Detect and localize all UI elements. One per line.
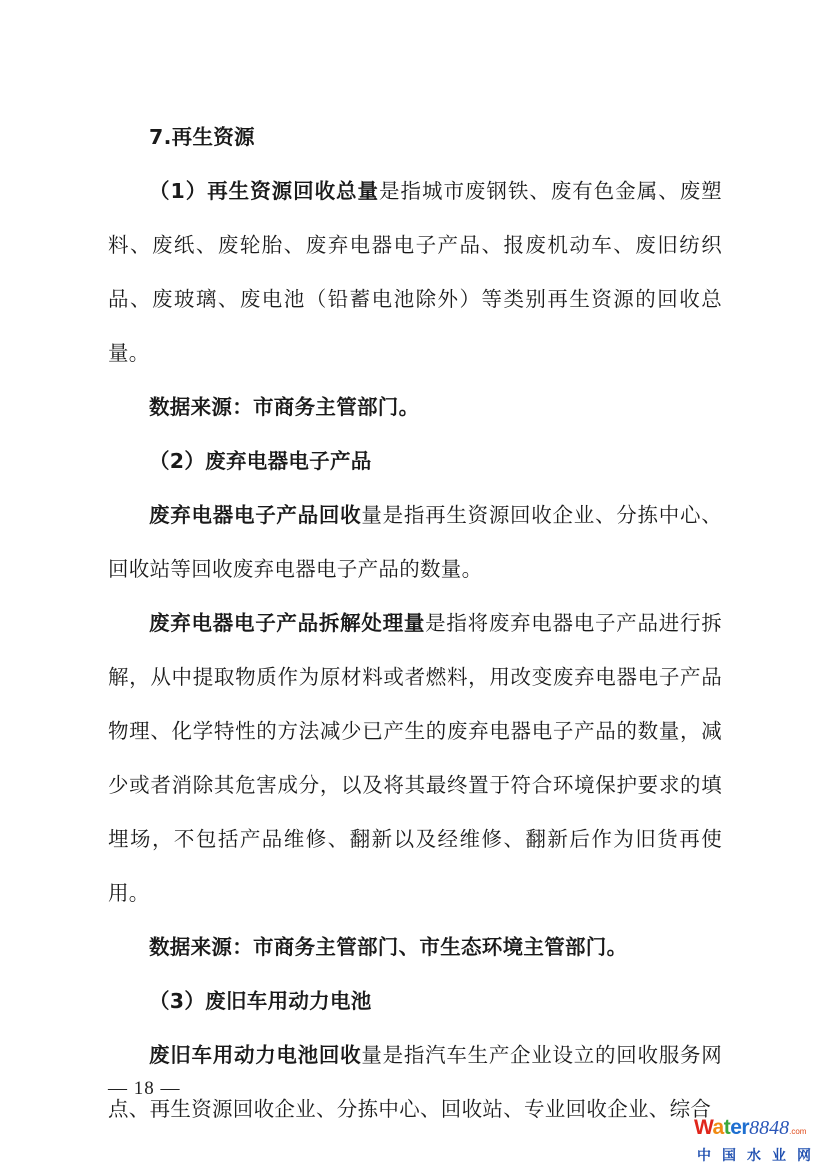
logo-number: 8848 (749, 1117, 789, 1139)
subheading-text: （3）废旧车用动力电池 (149, 989, 372, 1013)
watermark-logo: Water8848.com 中国水业网 (694, 1117, 822, 1163)
logo-wordmark: Water8848.com (694, 1117, 822, 1143)
term-recycling-total: （1）再生资源回收总量 (149, 179, 379, 203)
logo-letter: a (713, 1116, 724, 1139)
paragraph-recycling-total: （1）再生资源回收总量是指城市废钢铁、废有色金属、废塑料、废纸、废轮胎、废弃电器… (108, 164, 722, 380)
term-electronics-recovery: 废弃电器电子产品回收 (149, 503, 361, 527)
term-electronics-dismantling: 废弃电器电子产品拆解处理量 (149, 611, 425, 635)
data-source-label: 数据来源：市商务主管部门、市生态环境主管部门。 (149, 935, 627, 959)
logo-letter: W (694, 1116, 713, 1139)
logo-letter: e (730, 1116, 741, 1139)
subheading-power-battery: （3）废旧车用动力电池 (108, 974, 722, 1028)
definition-recycling-total: 是指城市废钢铁、废有色金属、废塑料、废纸、废轮胎、废弃电器电子产品、报废机动车、… (108, 179, 722, 365)
logo-subtitle: 中国水业网 (694, 1145, 822, 1165)
subheading-waste-electronics: （2）废弃电器电子产品 (108, 434, 722, 488)
subheading-text: （2）废弃电器电子产品 (149, 449, 372, 473)
section-heading: 7.再生资源 (108, 110, 722, 164)
term-battery-recovery: 废旧车用动力电池回收 (149, 1043, 361, 1067)
definition-electronics-dismantling: 是指将废弃电器电子产品进行拆解，从中提取物质作为原材料或者燃料，用改变废弃电器电… (108, 611, 722, 905)
paragraph-electronics-recovery: 废弃电器电子产品回收量是指再生资源回收企业、分拣中心、回收站等回收废弃电器电子产… (108, 488, 722, 596)
data-source-commerce-ecology: 数据来源：市商务主管部门、市生态环境主管部门。 (108, 920, 722, 974)
logo-suffix: .com (789, 1127, 806, 1136)
logo-letter: r (741, 1116, 749, 1139)
page-number: — 18 — (108, 1078, 181, 1100)
paragraph-battery-recovery: 废旧车用动力电池回收量是指汽车生产企业设立的回收服务网点、再生资源回收企业、分拣… (108, 1028, 722, 1136)
paragraph-electronics-dismantling: 废弃电器电子产品拆解处理量是指将废弃电器电子产品进行拆解，从中提取物质作为原材料… (108, 596, 722, 920)
data-source-label: 数据来源：市商务主管部门。 (149, 395, 419, 419)
document-body: 7.再生资源 （1）再生资源回收总量是指城市废钢铁、废有色金属、废塑料、废纸、废… (108, 110, 722, 1136)
data-source-commerce: 数据来源：市商务主管部门。 (108, 380, 722, 434)
